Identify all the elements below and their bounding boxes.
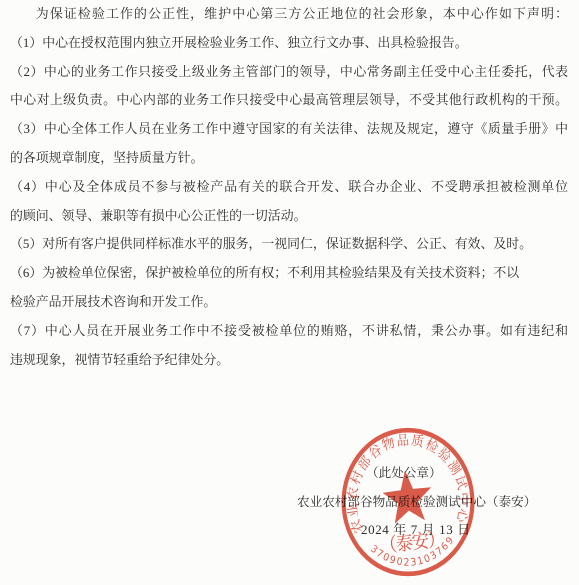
date-line: 2024 年 7 月 13 日 (361, 522, 471, 538)
org-name-line: 农业农村部谷物品质检验测试中心（泰安） (297, 494, 536, 510)
document-body: 为保证检验工作的公正性，维护中心第三方公正地位的社会形象，本中心作如下声明：（1… (10, 0, 568, 374)
document-line: 中心对上级负责。中心内部的业务工作只接受中心最高管理层领导，不受其他行政机构的干… (10, 86, 568, 115)
document-line: 违规现象，视情节轻重给予纪律处分。 (10, 346, 568, 375)
document-line: 检验产品开展技术咨询和开发工作。 (10, 288, 568, 317)
document-line: 为保证检验工作的公正性，维护中心第三方公正地位的社会形象，本中心作如下声明： (10, 0, 568, 29)
document-line: （2）中心的业务工作只接受上级业务主管部门的领导，中心常务副主任受中心主任委托，… (10, 58, 568, 87)
seal-note: （此处公章） (366, 465, 442, 481)
document-line: （6）为被检单位保密，保护被检单位的所有权；不利用其检验结果及有关技术资料；不以 (10, 259, 568, 288)
seal-serial-number: 3709023103769 (368, 533, 459, 574)
document-line: （4）中心及全体成员不参与被检产品有关的联合开发、联合办企业、不受聘承担被检测单… (10, 173, 568, 202)
document-line: 的顾问、领导、兼职等有损中心公正性的一切活动。 (10, 202, 568, 231)
svg-text:3709023103769: 3709023103769 (368, 533, 459, 574)
document-line: （3）中心全体工作人员在业务工作中遵守国家的有关法律、法规及规定，遵守《质量手册… (10, 115, 568, 144)
document-line: （7）中心人员在开展业务工作中不接受被检单位的贿赂，不讲私情，秉公办事。如有违纪… (10, 317, 568, 346)
document-line: （5）对所有客户提供同样标准水平的服务，一视同仁，保证数据科学、公正、有效、及时… (10, 230, 568, 259)
document-line: （1）中心在授权范围内独立开展检验业务工作、独立行文办事、出具检验报告。 (10, 29, 568, 58)
document-line: 的各项规章制度，坚持质量方针。 (10, 144, 568, 173)
